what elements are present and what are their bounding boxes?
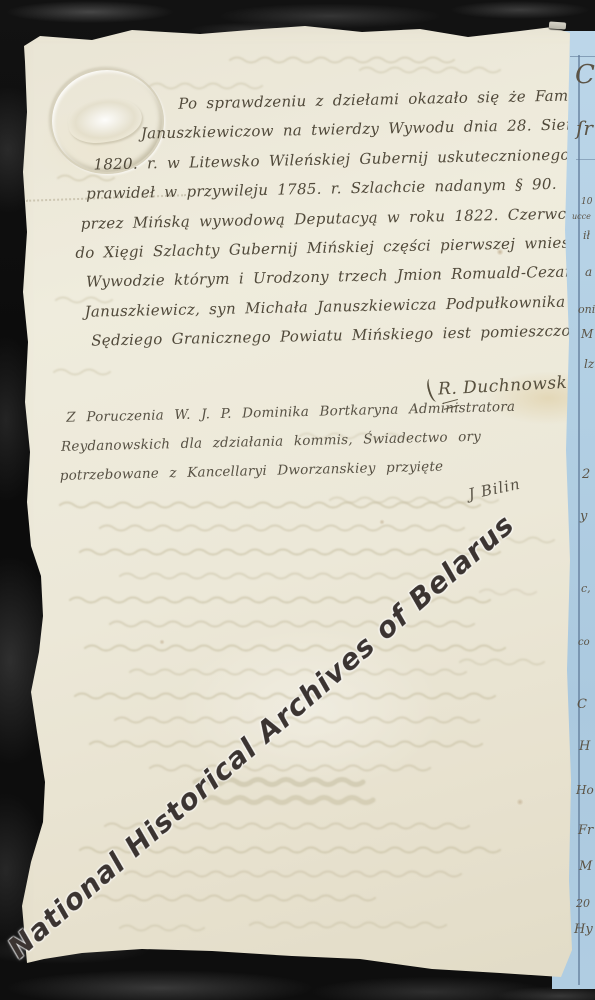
blue-text-fragment: M xyxy=(579,860,592,873)
blue-text-fragment: co xyxy=(578,638,590,648)
blue-text-fragment: ucce xyxy=(572,213,591,221)
blue-text-fragment: y xyxy=(580,510,587,523)
manuscript-page: Po sprawdzeniu z dziełami okazało się że… xyxy=(0,0,595,1000)
blue-text-fragment: ił xyxy=(583,230,590,241)
blue-text-fragment: C xyxy=(577,698,587,711)
clerk-note-text: Z Poruczenia W. J. P. Dominika Bortkaryn… xyxy=(58,391,574,491)
manuscript-body-text: Po sprawdzeniu z dziełami okazało się że… xyxy=(70,81,577,356)
blue-text-fragment: c, xyxy=(581,583,591,594)
blue-text-fragment: Fr xyxy=(578,824,593,837)
blue-text-fragment: a xyxy=(585,266,592,278)
archival-photo: Cſr10ucceiłaoniMlz2yc,coCHHoFrM20Hy Po s… xyxy=(0,0,595,1000)
blue-text-fragment: 20 xyxy=(576,898,590,909)
blue-text-fragment: oni xyxy=(578,304,595,315)
blue-text-fragment: M xyxy=(581,328,593,340)
blue-text-fragment: C xyxy=(575,62,595,88)
staple-glint xyxy=(549,21,566,29)
blue-text-fragment: Ho xyxy=(576,784,594,796)
blue-text-fragment: Hy xyxy=(574,923,593,936)
blue-text-fragment: H xyxy=(579,740,590,753)
blue-text-fragment: ſr xyxy=(576,118,593,138)
blue-text-fragment: 10 xyxy=(581,198,592,207)
blue-text-fragment: 2 xyxy=(582,468,590,481)
blue-text-fragment: lz xyxy=(584,358,594,370)
